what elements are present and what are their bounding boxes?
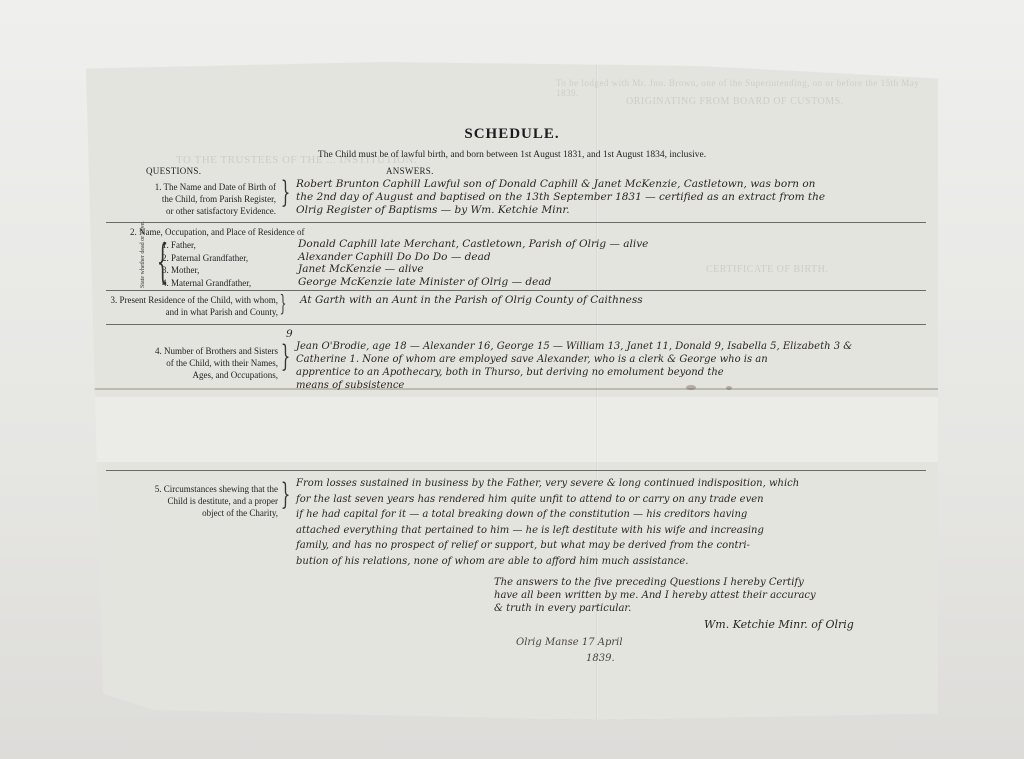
bleed-through-heading: ORIGINATING FROM BOARD OF CUSTOMS. [626, 96, 844, 107]
answer-1: Robert Brunton Caphill Lawful son of Don… [296, 178, 825, 217]
question-4: 4. Number of Brothers and Sisters of the… [116, 345, 278, 381]
bleed-through-text: To be lodged with Mr. Jno. Brown, one of… [556, 78, 938, 98]
answer-5: From losses sustained in business by the… [296, 476, 799, 569]
section-divider [106, 222, 926, 223]
ink-stain [686, 385, 696, 390]
brace-icon: } [281, 178, 291, 208]
section-divider [106, 290, 926, 291]
place-date: Olrig Manse 17 April [516, 636, 623, 649]
blank-panel [86, 397, 938, 462]
ink-stain [726, 386, 732, 390]
dead-or-alive-label: State whether dead or alive. [140, 221, 146, 288]
relation-father: 1. Father, [162, 239, 251, 252]
brace-icon: } [281, 342, 291, 372]
page-title: SCHEDULE. [86, 126, 938, 143]
sibling-count: 9 [286, 328, 293, 341]
question-1: 1. The Name and Date of Birth of the Chi… [116, 181, 276, 217]
certification-text: The answers to the five preceding Questi… [494, 576, 816, 615]
relations-list: 1. Father, 2. Paternal Grandfather, 3. M… [162, 239, 251, 289]
answer-2: Donald Caphill late Merchant, Castletown… [298, 238, 648, 288]
brace-icon: } [281, 480, 291, 510]
relation-paternal-grandfather: 2. Paternal Grandfather, [162, 252, 251, 265]
answer-4: Jean O'Brodie, age 18 — Alexander 16, Ge… [296, 340, 852, 392]
question-3: 3. Present Residence of the Child, with … [106, 294, 278, 318]
year: 1839. [586, 652, 615, 665]
bleed-through-certificate: CERTIFICATE OF BIRTH. [706, 264, 828, 275]
relation-mother: 3. Mother, [162, 264, 251, 277]
questions-column-header: QUESTIONS. [146, 166, 201, 176]
eligibility-note: The Child must be of lawful birth, and b… [86, 150, 938, 160]
schedule-document: To be lodged with Mr. Jno. Brown, one of… [86, 62, 938, 720]
section-divider [106, 324, 926, 325]
question-5: 5. Circumstances shewing that the Child … [116, 483, 278, 519]
section-divider [106, 470, 926, 471]
answers-column-header: ANSWERS. [386, 166, 434, 176]
minister-signature: Wm. Ketchie Minr. of Olrig [704, 618, 854, 631]
answer-3: At Garth with an Aunt in the Parish of O… [300, 294, 643, 307]
relation-maternal-grandfather: 4. Maternal Grandfather, [162, 277, 251, 290]
brace-icon: } [280, 290, 287, 320]
